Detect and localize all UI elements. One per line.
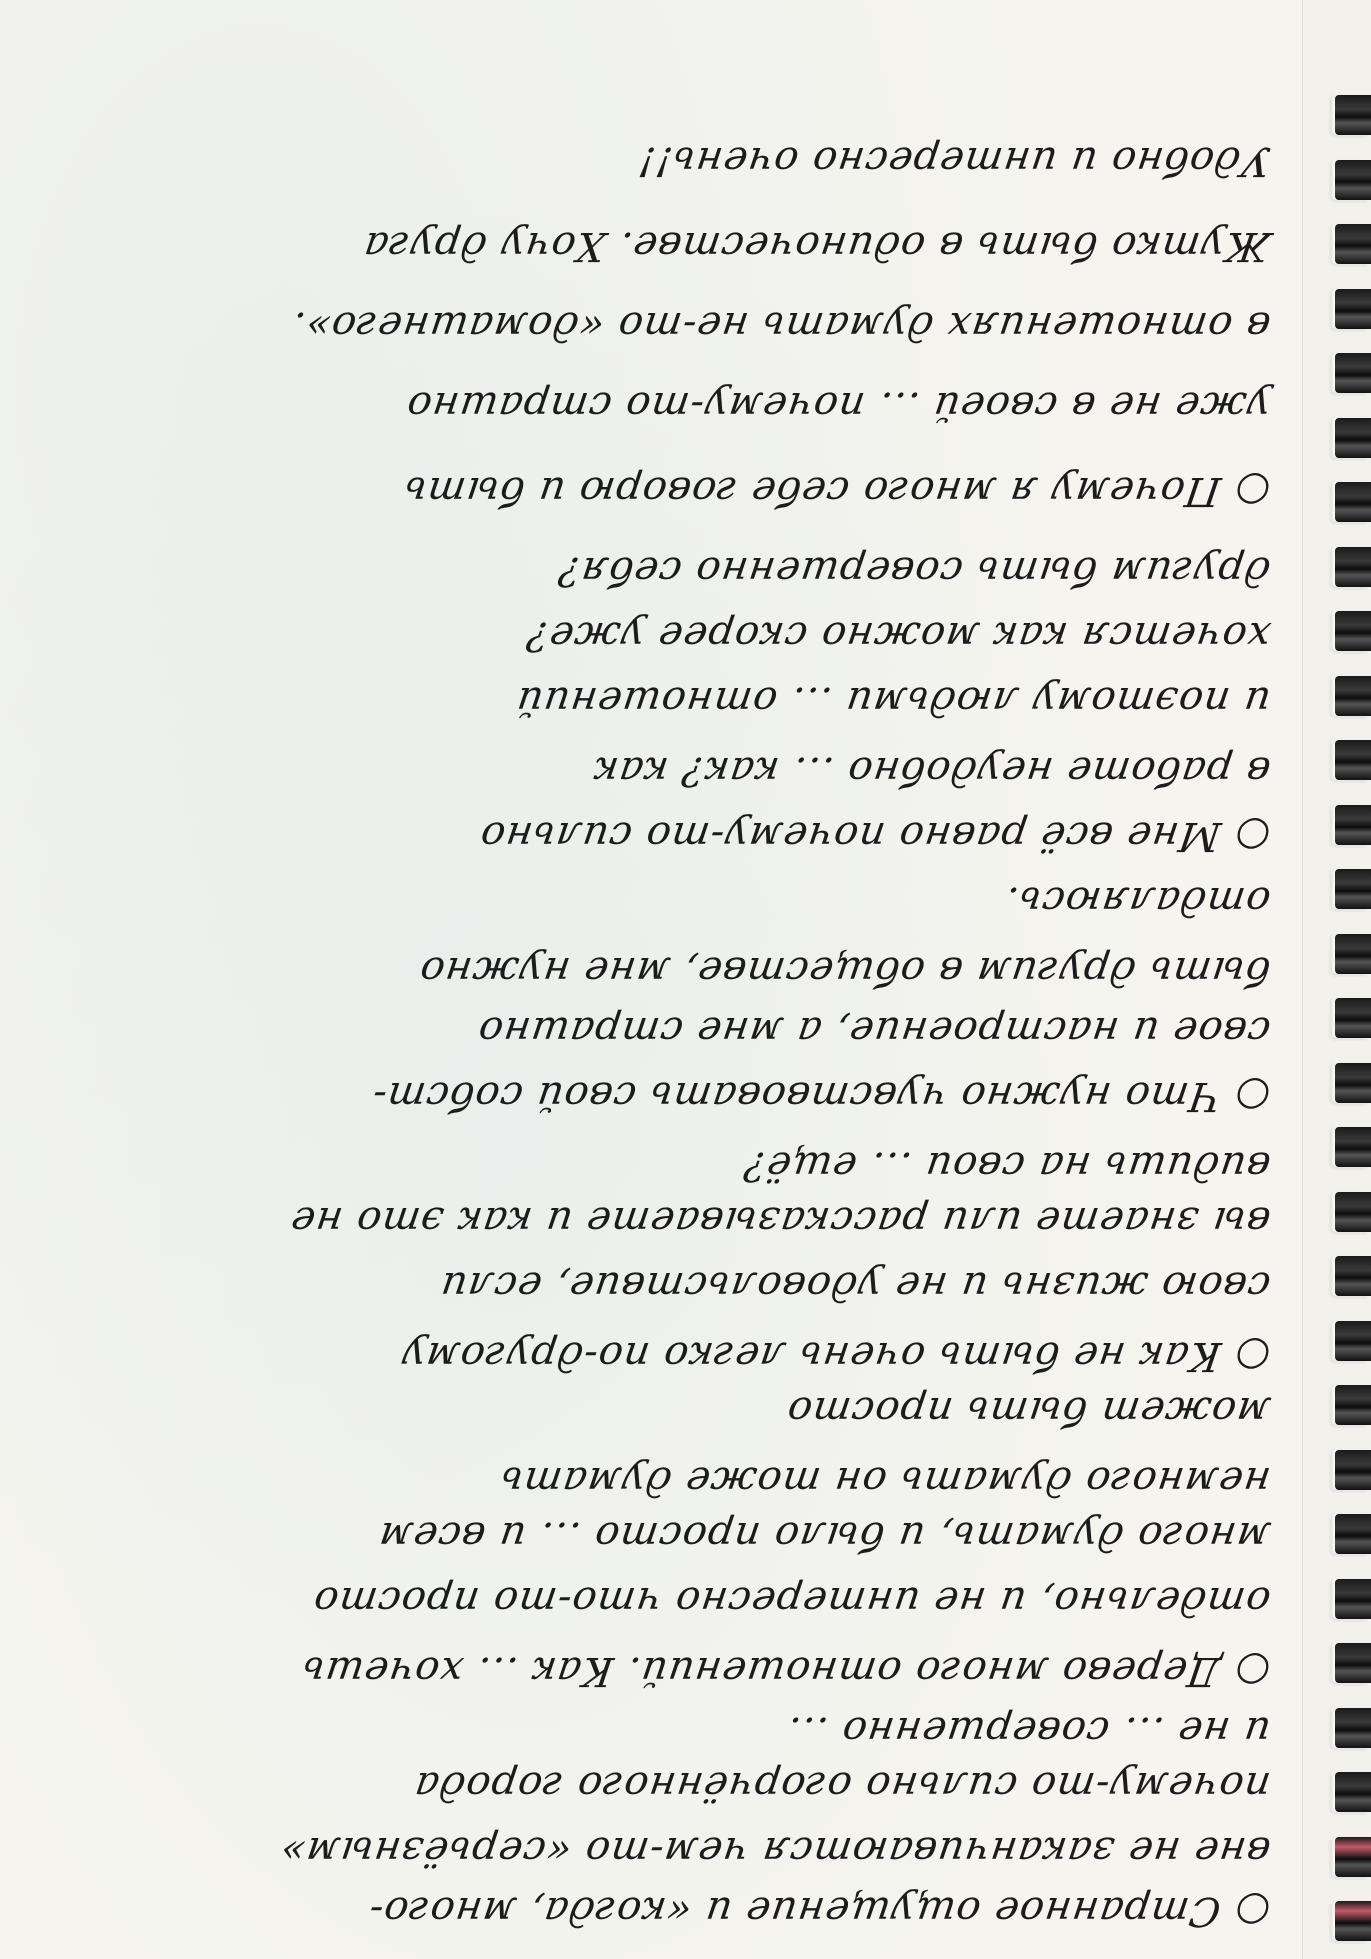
- spiral-ring: [1335, 418, 1371, 458]
- spiral-ring: [1335, 1643, 1371, 1683]
- spiral-ring: [1335, 676, 1371, 716]
- spiral-ring: [1335, 1579, 1371, 1619]
- handwritten-line: Удобно и интересно очень!!: [635, 138, 1273, 184]
- spiral-ring: [1335, 1256, 1371, 1296]
- spiral-ring: [1335, 547, 1371, 587]
- handwritten-line: вне не заканчиваются чем-то «серьёзным»: [277, 1828, 1273, 1874]
- handwritten-line: вы знаете или рассказываете и как это не: [287, 1198, 1273, 1244]
- spiral-ring: [1335, 740, 1371, 780]
- spiral-ring: [1335, 1450, 1371, 1490]
- handwritten-line: видишь на свои ... ещё?: [740, 1143, 1273, 1189]
- spiral-ring: [1335, 611, 1371, 651]
- handwritten-line: уже не в своей ... почему-то страшно: [403, 383, 1273, 429]
- handwritten-line: ○ Дерево много отношений. Как ... хочешь: [299, 1648, 1274, 1694]
- handwritten-line: ○ Как не быть очень легко по-другому: [398, 1333, 1273, 1379]
- spiral-ring: [1335, 1708, 1371, 1748]
- spiral-ring: [1335, 1385, 1371, 1425]
- handwritten-line: ○ Странное ощущение и «когда, много-: [365, 1888, 1273, 1934]
- handwritten-line: Жутко быть в одиночестве. Хочу друга: [360, 223, 1273, 269]
- spiral-ring: [1335, 95, 1371, 135]
- handwritten-line: хочется как можно скорее уже?: [523, 613, 1273, 659]
- spiral-ring: [1335, 1901, 1371, 1941]
- spiral-ring: [1335, 482, 1371, 522]
- spiral-ring: [1335, 1837, 1371, 1877]
- handwritten-line: ○ Мне всё равно почему-то сильно: [477, 813, 1274, 859]
- spiral-ring: [1335, 353, 1371, 393]
- spiral-ring: [1335, 1127, 1371, 1167]
- spiral-ring: [1335, 998, 1371, 1038]
- handwritten-line: и не ... совершенно ...: [783, 1708, 1273, 1754]
- handwritten-line: немного думать он тоже думать: [497, 1458, 1273, 1504]
- spiral-ring: [1335, 1321, 1371, 1361]
- handwritten-line: отдельно, и не интересно что-то просто: [310, 1578, 1273, 1624]
- handwritten-line: отдаляюсь.: [1001, 878, 1273, 924]
- handwritten-line: может быть просто: [783, 1388, 1273, 1434]
- handwritten-line: в отношениях думать не-то «домашнего».: [288, 303, 1273, 349]
- handwritten-line: быть другим в обществе, мне нужно: [416, 948, 1273, 994]
- handwritten-line: в работе неудобно ... как? как: [590, 748, 1273, 794]
- handwritten-line: свое и настроение, а мне страшно: [474, 1008, 1273, 1054]
- handwritten-line: и поэтому людьми ... отношений: [513, 678, 1273, 724]
- spiral-ring: [1335, 805, 1371, 845]
- spiral-ring: [1335, 224, 1371, 264]
- spiral-ring: [1335, 1514, 1371, 1554]
- spiral-ring: [1335, 869, 1371, 909]
- handwritten-line: ○ Почему я много себе говорю и быть: [400, 468, 1273, 514]
- spiral-ring: [1335, 160, 1371, 200]
- spiral-ring: [1335, 289, 1371, 329]
- handwritten-line: много думать, и было просто ... и всем: [375, 1513, 1273, 1559]
- handwritten-line: ○ Что нужно чувствовать свой собст-: [369, 1073, 1273, 1119]
- handwritten-text-block: ○ Странное ощущение и «когда, много-вне …: [0, 0, 1300, 1959]
- handwritten-line: почему-то сильно огорчённого города: [411, 1763, 1274, 1809]
- spiral-ring: [1335, 1192, 1371, 1232]
- spiral-ring: [1335, 1063, 1371, 1103]
- handwritten-line: другим быть совершенно себя?: [555, 548, 1273, 594]
- handwritten-line: свою жизнь и не удовольствие, если: [437, 1263, 1273, 1309]
- spiral-ring: [1335, 1772, 1371, 1812]
- spiral-ring: [1335, 934, 1371, 974]
